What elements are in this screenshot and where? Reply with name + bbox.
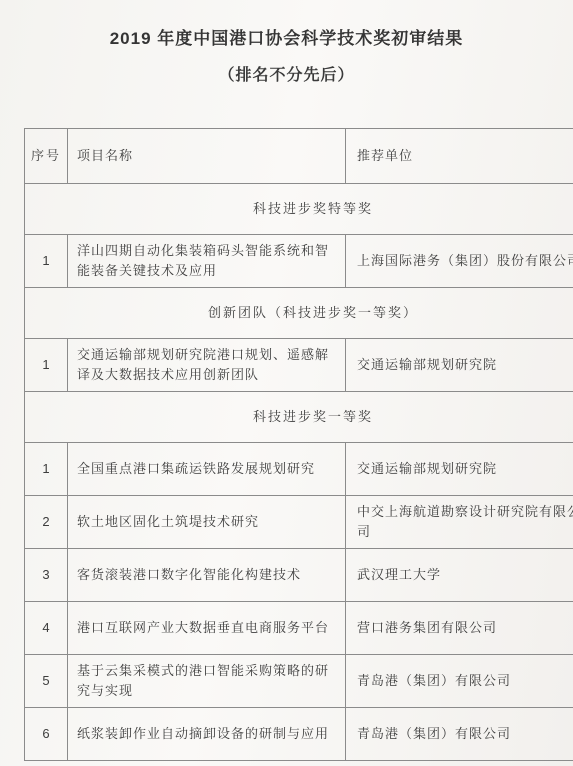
column-header-no: 序号 (25, 129, 68, 184)
column-header-project: 项目名称 (68, 129, 346, 184)
section-row: 科技进步奖一等奖 (25, 392, 573, 443)
project-name: 全国重点港口集疏运铁路发展规划研究 (68, 443, 346, 496)
project-name: 交通运输部规划研究院港口规划、遥感解译及大数据技术应用创新团队 (68, 339, 346, 392)
page-subtitle: （排名不分先后） (0, 49, 573, 85)
section-title: 创新团队（科技进步奖一等奖） (25, 288, 573, 339)
recommending-org: 武汉理工大学 (346, 549, 573, 602)
page-title: 2019 年度中国港口协会科学技术奖初审结果 (0, 0, 573, 49)
table-row: 4港口互联网产业大数据垂直电商服务平台营口港务集团有限公司 (25, 602, 573, 655)
project-name: 港口互联网产业大数据垂直电商服务平台 (68, 602, 346, 655)
table-row: 1全国重点港口集疏运铁路发展规划研究交通运输部规划研究院 (25, 443, 573, 496)
table-row: 1洋山四期自动化集装箱码头智能系统和智能装备关键技术及应用上海国际港务（集团）股… (25, 235, 573, 288)
project-name: 纸浆装卸作业自动摘卸设备的研制与应用 (68, 708, 346, 761)
table-row: 3客货滚装港口数字化智能化构建技术武汉理工大学 (25, 549, 573, 602)
row-number: 2 (25, 496, 68, 549)
table-row: 6纸浆装卸作业自动摘卸设备的研制与应用青岛港（集团）有限公司 (25, 708, 573, 761)
project-name: 软土地区固化土筑堤技术研究 (68, 496, 346, 549)
award-table-header: 序号 项目名称 推荐单位 (25, 129, 573, 184)
recommending-org: 青岛港（集团）有限公司 (346, 655, 573, 708)
recommending-org: 营口港务集团有限公司 (346, 602, 573, 655)
project-name: 客货滚装港口数字化智能化构建技术 (68, 549, 346, 602)
row-number: 1 (25, 443, 68, 496)
recommending-org: 交通运输部规划研究院 (346, 443, 573, 496)
row-number: 5 (25, 655, 68, 708)
table-row: 1交通运输部规划研究院港口规划、遥感解译及大数据技术应用创新团队交通运输部规划研… (25, 339, 573, 392)
document-page: 2019 年度中国港口协会科学技术奖初审结果 （排名不分先后） 序号 项目名称 … (0, 0, 573, 766)
section-row: 科技进步奖特等奖 (25, 184, 573, 235)
header-row: 序号 项目名称 推荐单位 (25, 129, 573, 184)
award-table-body: 科技进步奖特等奖1洋山四期自动化集装箱码头智能系统和智能装备关键技术及应用上海国… (25, 184, 573, 761)
section-title: 科技进步奖一等奖 (25, 392, 573, 443)
recommending-org: 上海国际港务（集团）股份有限公司 (346, 235, 573, 288)
recommending-org: 中交上海航道勘察设计研究院有限公司 (346, 496, 573, 549)
award-table: 序号 项目名称 推荐单位 科技进步奖特等奖1洋山四期自动化集装箱码头智能系统和智… (24, 128, 573, 761)
row-number: 4 (25, 602, 68, 655)
table-row: 2软土地区固化土筑堤技术研究中交上海航道勘察设计研究院有限公司 (25, 496, 573, 549)
recommending-org: 青岛港（集团）有限公司 (346, 708, 573, 761)
row-number: 3 (25, 549, 68, 602)
row-number: 6 (25, 708, 68, 761)
recommending-org: 交通运输部规划研究院 (346, 339, 573, 392)
row-number: 1 (25, 235, 68, 288)
column-header-org: 推荐单位 (346, 129, 573, 184)
section-row: 创新团队（科技进步奖一等奖） (25, 288, 573, 339)
section-title: 科技进步奖特等奖 (25, 184, 573, 235)
project-name: 洋山四期自动化集装箱码头智能系统和智能装备关键技术及应用 (68, 235, 346, 288)
project-name: 基于云集采模式的港口智能采购策略的研究与实现 (68, 655, 346, 708)
row-number: 1 (25, 339, 68, 392)
table-row: 5基于云集采模式的港口智能采购策略的研究与实现青岛港（集团）有限公司 (25, 655, 573, 708)
